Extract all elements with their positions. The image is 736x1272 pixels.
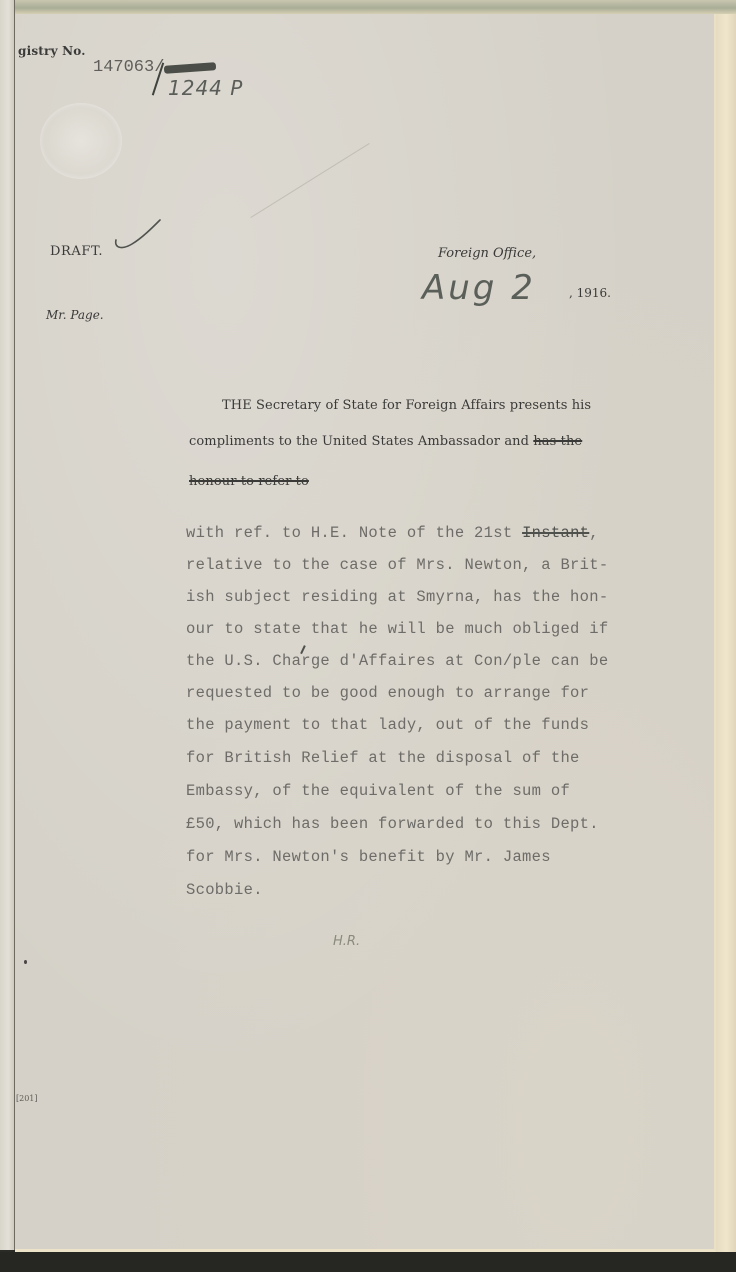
typed-text: with ref. to H.E. Note of the 21st bbox=[186, 524, 522, 542]
typed-line: with ref. to H.E. Note of the 21st Insta… bbox=[186, 524, 599, 542]
typed-line: Embassy, of the equivalent of the sum of bbox=[186, 782, 570, 800]
addressee: Mr. Page. bbox=[46, 308, 104, 322]
adjacent-page-edge bbox=[0, 0, 15, 1250]
printed-line-3: honour to refer to bbox=[189, 474, 309, 489]
printed-line-1: THE Secretary of State for Foreign Affai… bbox=[222, 398, 591, 413]
registry-number: 147063/ bbox=[93, 58, 164, 77]
printed-line-2-text: compliments to the United States Ambassa… bbox=[189, 434, 533, 449]
typed-line: ish subject residing at Smyrna, has the … bbox=[186, 588, 608, 606]
margin-form-code: [201] bbox=[16, 1094, 38, 1103]
place-label: Foreign Office, bbox=[438, 246, 536, 261]
struck-text: has the bbox=[533, 434, 582, 449]
typed-line: requested to be good enough to arrange f… bbox=[186, 684, 589, 702]
typed-line: Scobbie. bbox=[186, 881, 263, 899]
struck-text: Instant bbox=[522, 524, 589, 542]
typed-line: the U.S. Charge d'Affaires at Con/ple ca… bbox=[186, 652, 608, 670]
typed-line: for Mrs. Newton's benefit by Mr. James bbox=[186, 848, 551, 866]
struck-text: honour to refer to bbox=[189, 474, 309, 489]
page-stack-edge bbox=[715, 14, 736, 1254]
typed-line: for British Relief at the disposal of th… bbox=[186, 749, 580, 767]
printed-line-2: compliments to the United States Ambassa… bbox=[189, 434, 582, 449]
scan-background bbox=[0, 1252, 736, 1272]
typed-line: our to state that he will be much oblige… bbox=[186, 620, 608, 638]
embossed-seal-icon bbox=[40, 103, 122, 179]
date-year: , 1916. bbox=[569, 286, 611, 300]
typed-line: relative to the case of Mrs. Newton, a B… bbox=[186, 556, 608, 574]
handwritten-initials: H.R. bbox=[333, 934, 360, 949]
handwritten-date: Aug 2 bbox=[422, 268, 536, 308]
checkmark-icon bbox=[112, 218, 164, 257]
typed-text: , bbox=[589, 524, 599, 542]
typed-line: £50, which has been forwarded to this De… bbox=[186, 815, 599, 833]
draft-label: DRAFT. bbox=[50, 244, 103, 259]
typed-line: the payment to that lady, out of the fun… bbox=[186, 716, 589, 734]
registry-label: gistry No. bbox=[18, 44, 86, 58]
handwritten-registry-number: 1244 P bbox=[168, 76, 243, 100]
ink-spot bbox=[24, 960, 27, 964]
